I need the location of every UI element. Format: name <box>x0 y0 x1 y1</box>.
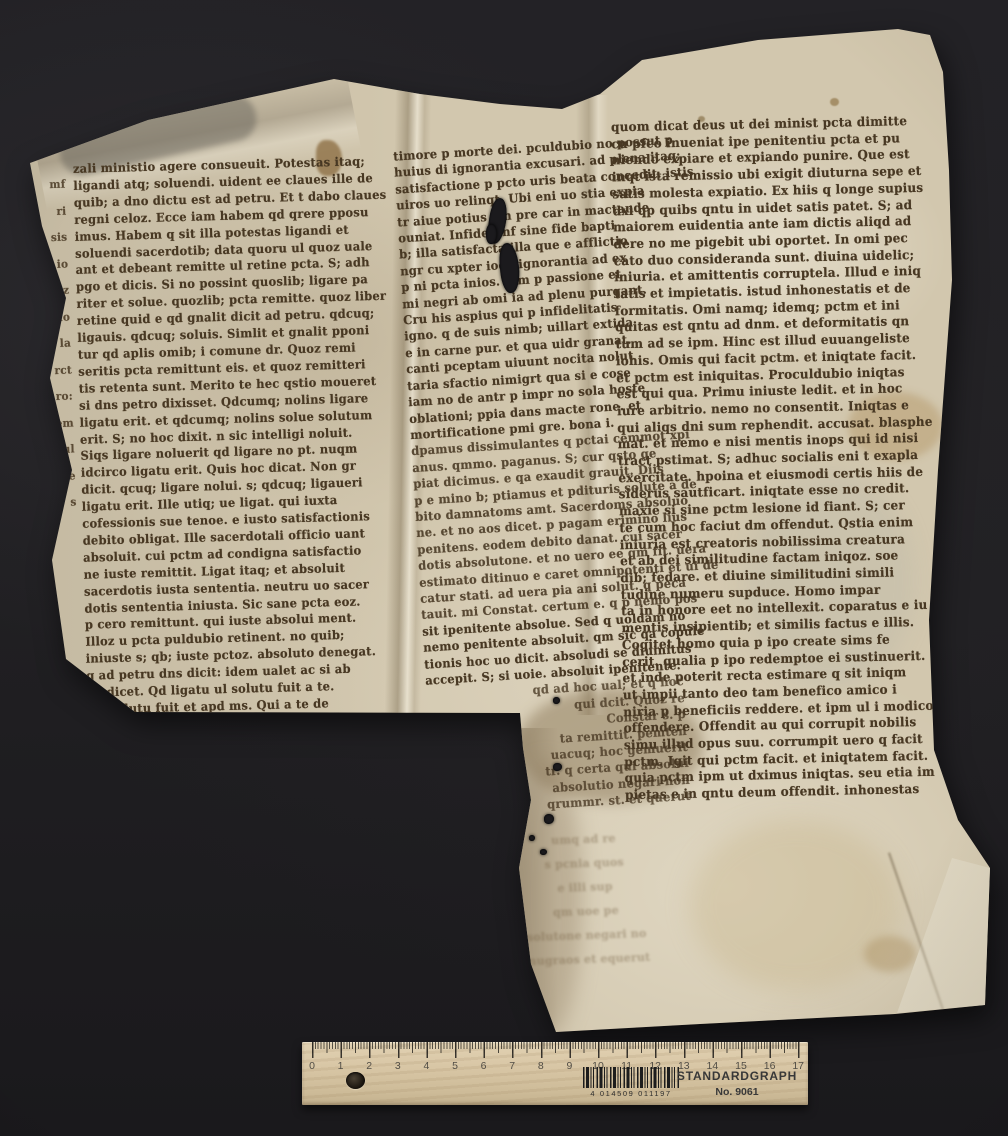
text-line: sis <box>29 224 68 253</box>
ruler-model: No. 9061 <box>674 1086 800 1098</box>
ruler-number: 6 <box>476 1060 492 1072</box>
text-line: io <box>30 250 69 279</box>
ruler-brand: STANDARDGRAPH <box>674 1069 800 1083</box>
text-line: la <box>33 330 72 359</box>
ruler-number: 2 <box>361 1060 377 1072</box>
text-line: mo <box>32 303 71 332</box>
text-line: em <box>35 409 74 438</box>
left-margin-column: mfrisisioozmolarctro:emules <box>27 171 77 517</box>
ruler-number: 8 <box>533 1060 549 1072</box>
text-line: s <box>38 489 77 518</box>
text-line: ri <box>28 197 67 226</box>
stain-lower-right <box>690 820 900 990</box>
ruler-brand-block: STANDARDGRAPH No. 9061 <box>674 1069 800 1098</box>
stain-small-dot <box>830 98 839 106</box>
right-text-column: quom dicat deus ut dei minist pcta dimit… <box>611 113 920 804</box>
parchment-shadow-wrap: mfrisisioozmolarctro:emules zali ministi… <box>0 0 1008 1136</box>
ruler-number: 3 <box>390 1060 406 1072</box>
worm-hole <box>544 814 554 824</box>
text-line: rct <box>33 356 72 385</box>
measuring-ruler: 01234567891011121314151617 4 014509 0111… <box>302 1042 808 1105</box>
manuscript-fragment: mfrisisioozmolarctro:emules zali ministi… <box>0 0 1008 1136</box>
photo-scene: mfrisisioozmolarctro:emules zali ministi… <box>0 0 1008 1136</box>
barcode: 4 014509 011197 <box>583 1067 679 1098</box>
text-line: mugraos et equerut <box>505 944 671 975</box>
ruler-hanging-hole <box>346 1072 365 1089</box>
ruler-number: 1 <box>333 1060 349 1072</box>
ruler-number: 9 <box>561 1060 577 1072</box>
fold-crease-line <box>888 852 946 1015</box>
text-line: e <box>37 462 76 491</box>
ruler-number: 5 <box>447 1060 463 1072</box>
text-line: mf <box>27 171 66 200</box>
ruler-number: 4 <box>418 1060 434 1072</box>
left-text-column: zali ministio agere consueuit. Potestas … <box>73 151 439 718</box>
ruler-number: 0 <box>304 1060 320 1072</box>
text-line: ul <box>36 436 75 465</box>
text-line: oz <box>31 277 70 306</box>
ruler-number: 7 <box>504 1060 520 1072</box>
ghost-text-column: umq ad res pcnia quose illi supqm uoe pe… <box>501 825 671 975</box>
barcode-digits: 4 014509 011197 <box>583 1089 679 1098</box>
stain-fold-blob <box>864 936 916 972</box>
text-line: ro: <box>34 383 73 412</box>
barcode-bars <box>583 1067 679 1088</box>
